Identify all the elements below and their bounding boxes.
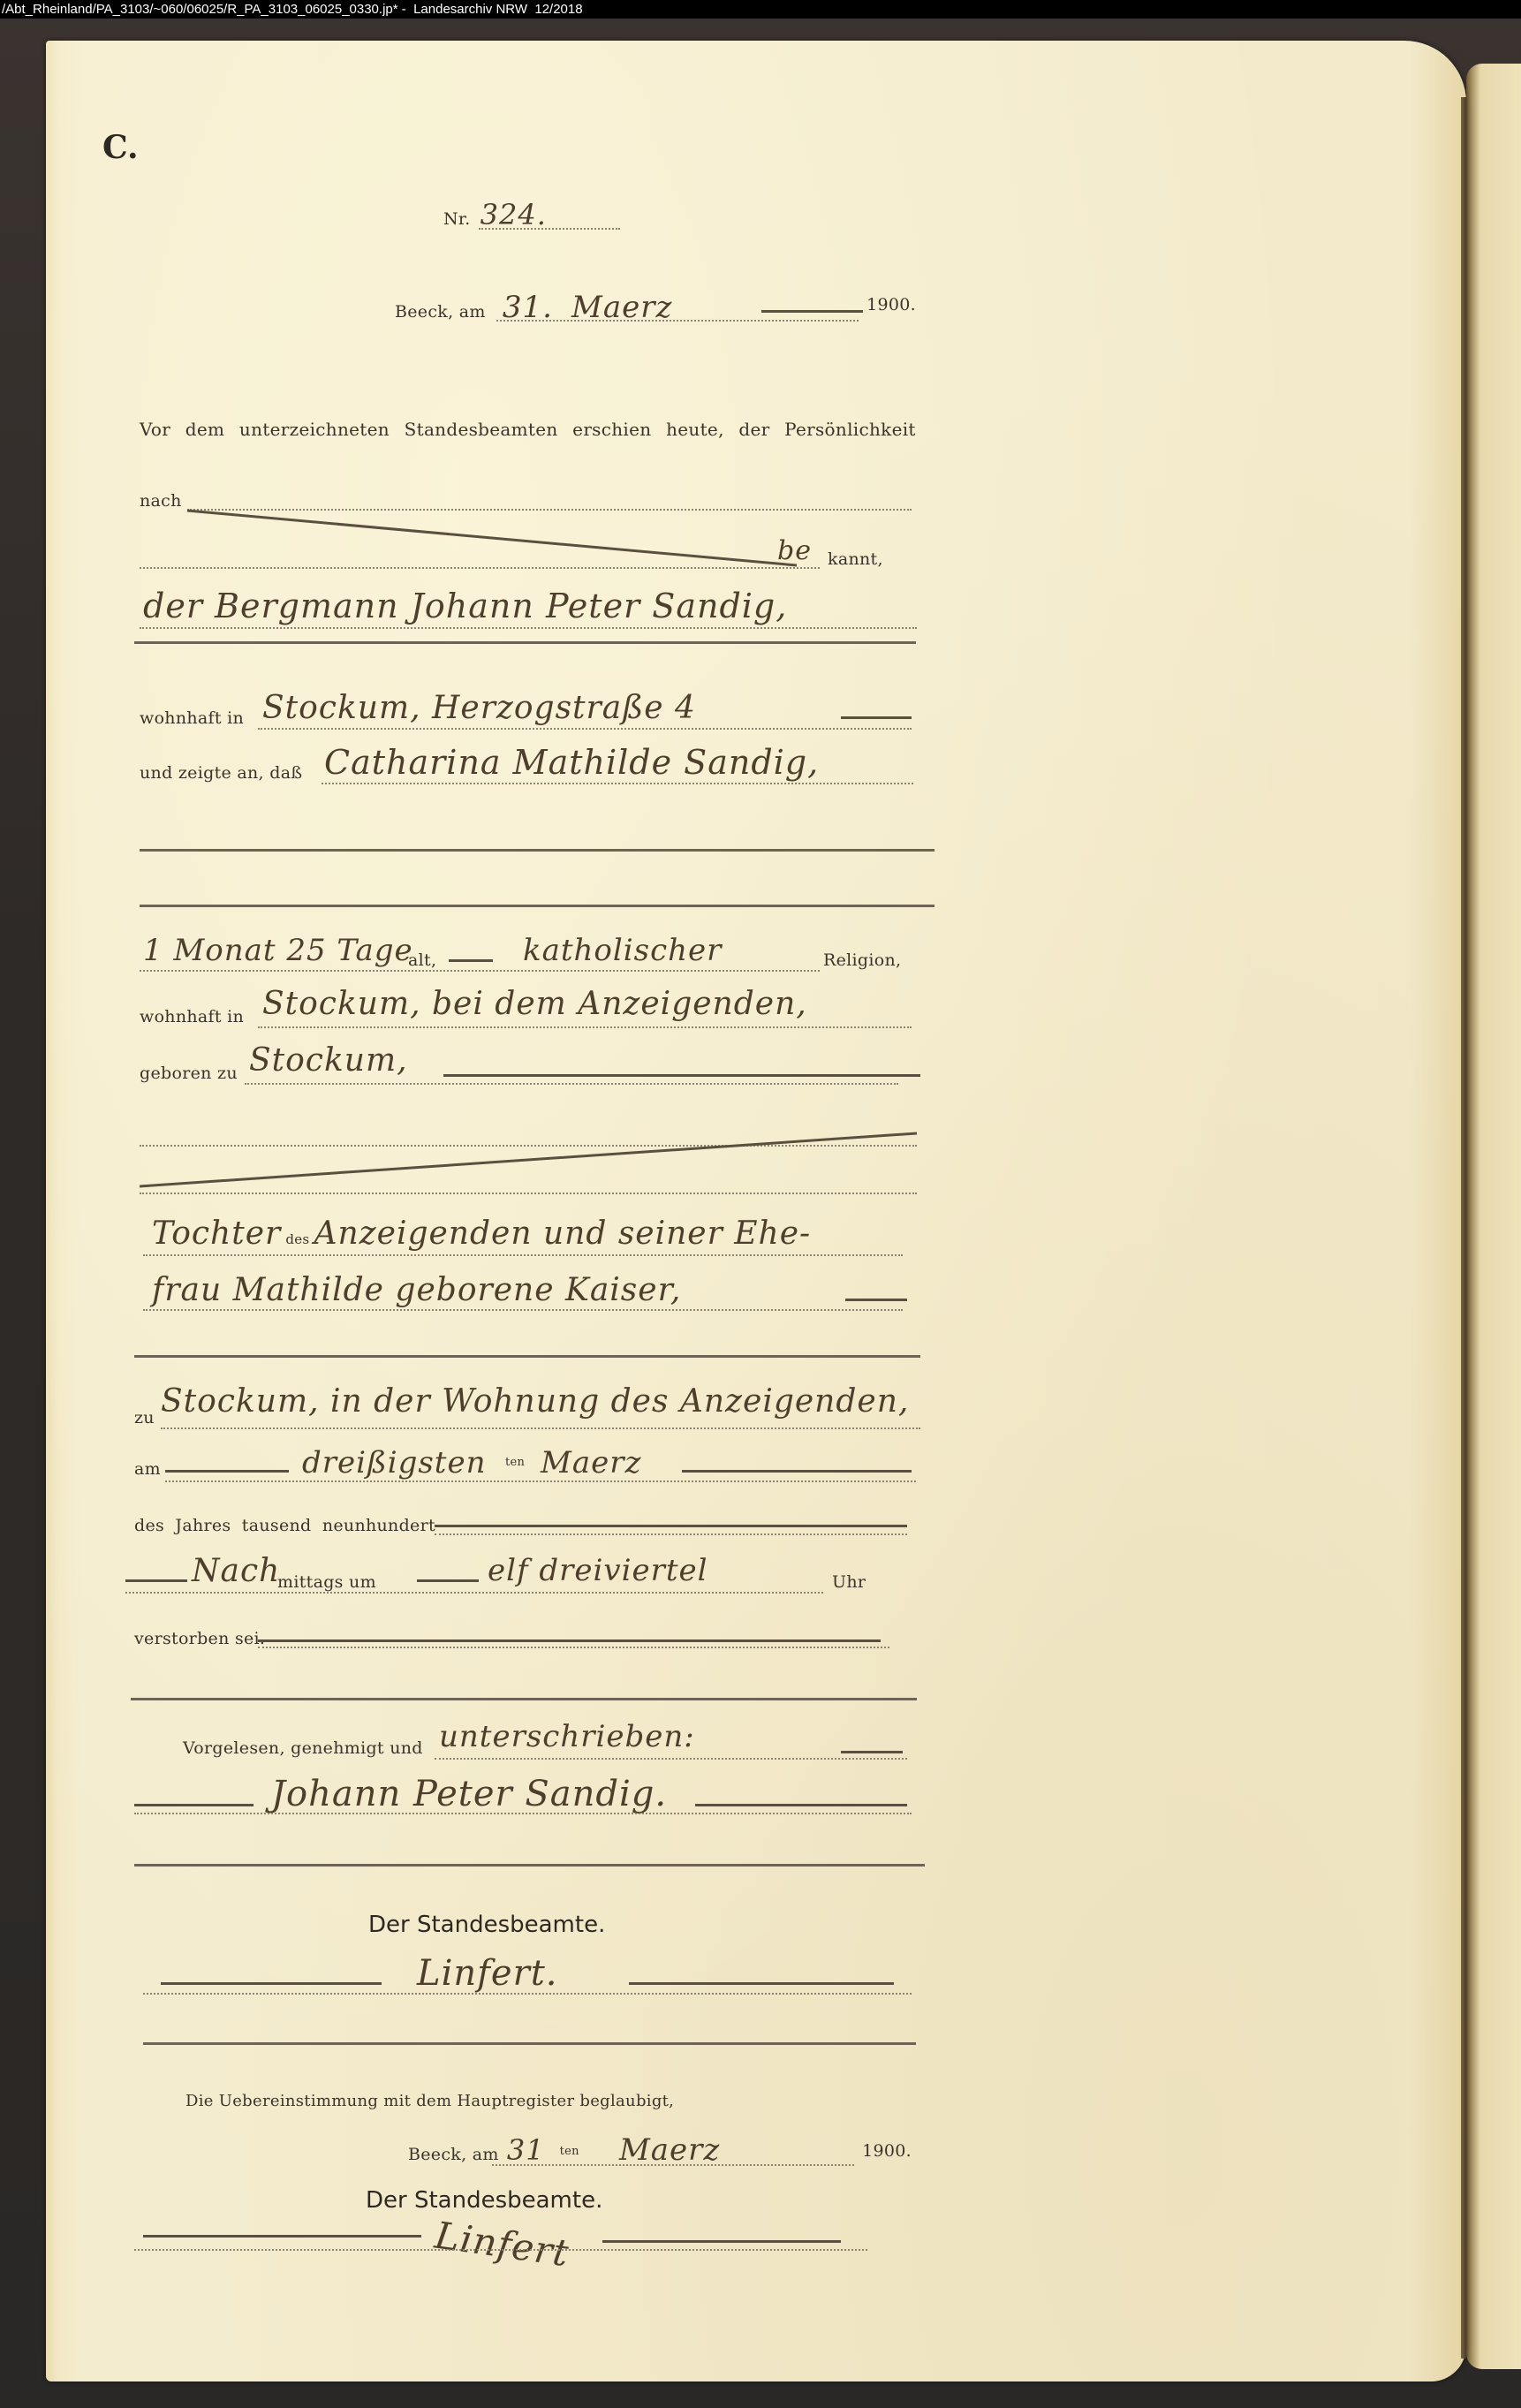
informant-residence-label: wohnhaft in [140, 708, 244, 728]
parents-relation: Tochter [152, 1215, 281, 1252]
record-number-value: 324. [481, 198, 547, 231]
born-dash [443, 1074, 920, 1077]
born-line [245, 1083, 898, 1085]
certification-day: 31 [507, 2133, 545, 2167]
informant-signature: Johann Peter Sandig. [271, 1774, 667, 1814]
deceased-name-line [322, 783, 913, 784]
age-value: 1 Monat 25 Tage [143, 933, 413, 968]
certification-month: Maerz [619, 2132, 720, 2168]
register-page: C. Nr. 324. Beeck, am 31. Maerz 1900. Vo… [46, 41, 1466, 2381]
informant-name-line [140, 627, 917, 629]
death-period: Nach [192, 1553, 280, 1589]
record-number-line [479, 228, 620, 230]
deceased-residence: Stockum, bei dem Anzeigenden, [262, 986, 807, 1022]
blank-line [140, 1193, 917, 1194]
certification-dash-1 [143, 2235, 421, 2238]
born-label: geboren zu [140, 1064, 238, 1083]
bekannt-hand: be [777, 535, 812, 566]
verstorben-label: verstorben sei. [134, 1629, 265, 1648]
death-year-label: des Jahres tausend neunhundert [134, 1516, 435, 1535]
registrar-dash-2 [629, 1982, 894, 1985]
record-number-label: Nr. [443, 209, 471, 229]
header-date-dash [761, 310, 863, 313]
closing-label: Vorgelesen, genehmigt und [183, 1738, 423, 1758]
ruled-line [140, 905, 935, 907]
nach-strike [187, 509, 806, 571]
informant-signature-dash-2 [695, 1804, 907, 1806]
parents-informant: Anzeigenden und seiner Ehe- [314, 1215, 811, 1252]
death-date-label: am [134, 1459, 161, 1479]
closing-signed: unterschrieben: [439, 1719, 695, 1754]
registrar-line [143, 1993, 912, 1995]
verstorben-line [258, 1647, 889, 1648]
certification-dash-2 [602, 2240, 841, 2243]
parents-line-2: frau Mathilde geborene Kaiser, [152, 1272, 681, 1308]
informant-name: der Bergmann Johann Peter Sandig, [143, 587, 787, 625]
age-label: alt, [408, 950, 436, 970]
certification-text: Die Uebereinstimmung mit dem Hauptregist… [185, 2092, 674, 2110]
closing-line [435, 1758, 907, 1760]
death-time: elf dreiviertel [488, 1553, 708, 1588]
deceased-residence-line [258, 1026, 912, 1028]
time-dash-2 [417, 1579, 479, 1582]
ruled-line [134, 1864, 925, 1867]
intro-text: Vor dem unterzeichneten Standesbeamten e… [140, 419, 917, 440]
religion-label: Religion, [823, 950, 901, 970]
time-line [125, 1592, 823, 1594]
parents-des-label: des [285, 1231, 309, 1247]
certification-line [134, 2249, 867, 2251]
informant-residence: Stockum, Herzogstraße 4 [262, 690, 696, 726]
header-year: 1900. [866, 295, 916, 314]
parents-line-1: Tochter des Anzeigenden und seiner Ehe- [152, 1215, 811, 1252]
certification-place-label: Beeck, am [408, 2145, 499, 2164]
certification-date-line [492, 2164, 854, 2166]
uhr-label: Uhr [832, 1572, 866, 1592]
header-place-label: Beeck, am [395, 302, 486, 322]
announce-label: und zeigte an, daß [140, 763, 302, 783]
certification-day-suffix: ten [560, 2145, 579, 2158]
death-year-line [435, 1533, 907, 1535]
window-title-bar: /Abt_Rheinland/PA_3103/~060/06025/R_PA_3… [0, 0, 1521, 19]
parents-line-1-dots [143, 1254, 903, 1256]
ruled-line [143, 2042, 916, 2045]
death-day: dreißigsten [302, 1445, 487, 1480]
nach-label: nach [140, 491, 182, 511]
death-month: Maerz [541, 1445, 641, 1480]
ruled-line [131, 1698, 917, 1700]
death-place-line [161, 1427, 920, 1429]
parents-line-2-dots [143, 1309, 903, 1311]
book-gutter [1461, 97, 1466, 2359]
religion-value: katholischer [523, 933, 722, 968]
death-date-dash-2 [682, 1470, 912, 1473]
death-place: Stockum, in der Wohnung des Anzeigenden, [161, 1383, 909, 1420]
deceased-name: Catharina Mathilde Sandig, [324, 743, 819, 782]
age-religion-line [140, 970, 820, 972]
death-year-dash [435, 1525, 907, 1527]
registrar-title: Der Standesbeamte. [368, 1912, 605, 1938]
ruled-line [134, 641, 916, 644]
ruled-line [140, 849, 935, 852]
facing-page-edge [1466, 64, 1521, 2369]
section-letter: C. [102, 129, 139, 166]
age-dash [449, 959, 493, 962]
bekannt-line [140, 567, 820, 569]
ruled-line [134, 1355, 920, 1358]
informant-residence-line [258, 728, 912, 730]
time-label: mittags um [277, 1572, 376, 1592]
death-day-suffix: ten [505, 1456, 525, 1469]
certification-title: Der Standesbeamte. [366, 2187, 602, 2214]
verstorben-dash [258, 1639, 881, 1642]
death-place-label: zu [134, 1408, 155, 1427]
informant-signature-line [134, 1813, 912, 1814]
certification-signature: Linfert [432, 2214, 571, 2275]
header-date-line [496, 320, 859, 322]
record-number: Nr. 324. [443, 198, 547, 231]
born-place: Stockum, [249, 1042, 408, 1079]
informant-signature-dash-1 [134, 1804, 253, 1806]
residence-dash [841, 716, 912, 719]
certification-date: Beeck, am 31 ten Maerz 1900. [408, 2132, 912, 2168]
death-date-dash-1 [165, 1470, 289, 1473]
certification-year: 1900. [862, 2141, 912, 2161]
closing-dash [841, 1751, 903, 1753]
bekannt-label: kannt, [828, 549, 883, 569]
blank-strike [140, 1132, 926, 1193]
parents-dash [845, 1299, 907, 1301]
registrar-dash-1 [161, 1982, 382, 1985]
deceased-residence-label: wohnhaft in [140, 1007, 244, 1026]
death-date-line [165, 1480, 916, 1482]
registrar-signature: Linfert. [417, 1953, 558, 1994]
time-dash-1 [125, 1579, 187, 1582]
